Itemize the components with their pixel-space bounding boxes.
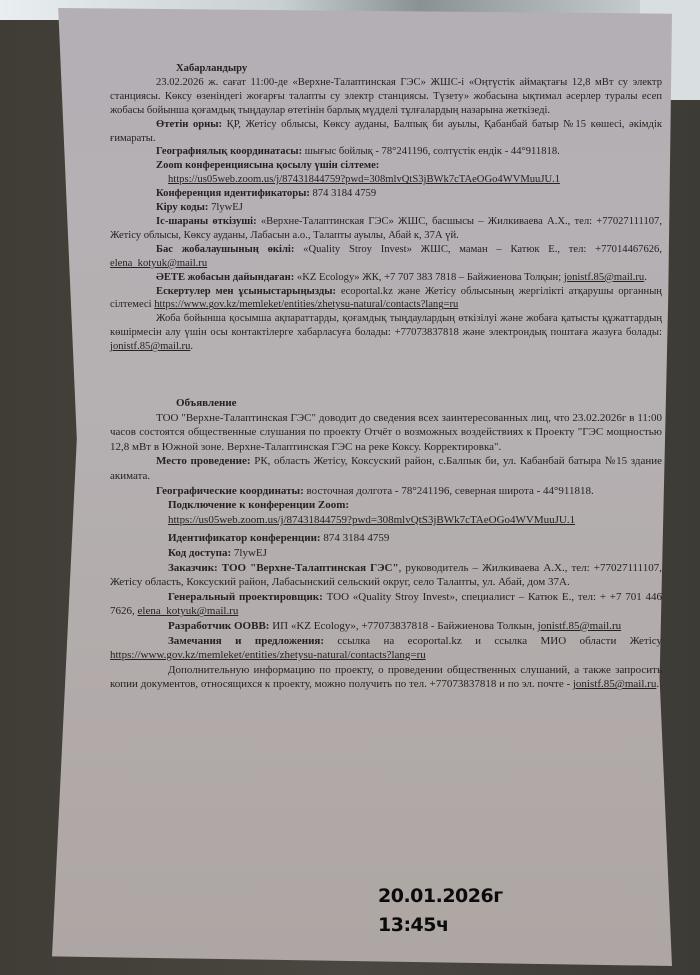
ru-extra-end: . bbox=[656, 678, 659, 690]
ru-intro: ТОО "Верхне-Талаптинская ГЭС" доводит до… bbox=[110, 411, 662, 455]
timestamp-date: 20.01.2026г bbox=[378, 882, 503, 911]
kz-oete-value: «KZ Ecology» ЖК, +7 707 383 7818 – Байжи… bbox=[294, 272, 564, 283]
kz-remarks-link[interactable]: https://www.gov.kz/memleket/entities/zhe… bbox=[154, 299, 458, 310]
ru-extra-email[interactable]: jonistf.85@mail.ru bbox=[573, 678, 656, 690]
kz-designer-value: «Quality Stroy Invest» ЖШС, маман – Катю… bbox=[294, 244, 662, 255]
kz-designer-label: Бас жобалаушының өкілі: bbox=[156, 244, 294, 255]
kz-code-value: 7lywEJ bbox=[208, 202, 242, 213]
ru-remarks-label: Замечания и предложения: bbox=[168, 635, 324, 647]
kz-extra-email[interactable]: jonistf.85@mail.ru bbox=[110, 341, 190, 352]
kz-intro: 23.02.2026 ж. сағат 11:00-де «Верхне-Тал… bbox=[110, 76, 662, 118]
kz-coords-value: шығыс бойлық - 78°241196, солтүстік енді… bbox=[302, 146, 560, 157]
announcement-document: Хабарландыру 23.02.2026 ж. сағат 11:00-д… bbox=[110, 62, 662, 692]
ru-customer-label: Заказчик: bbox=[168, 562, 218, 574]
kz-place-label: Өтетін орны: bbox=[156, 119, 222, 130]
kz-zoom-link[interactable]: https://us05web.zoom.us/j/87431844759?pw… bbox=[168, 174, 560, 185]
kz-coords-label: Географиялық координатасы: bbox=[156, 146, 302, 157]
ru-designer-email[interactable]: elena_kotyuk@mail.ru bbox=[138, 605, 239, 617]
kz-oete-email[interactable]: jonistf.85@mail.ru bbox=[564, 272, 644, 283]
ru-code-value: 7lywEJ bbox=[231, 547, 267, 559]
ru-designer-label: Генеральный проектировщик: bbox=[168, 591, 323, 603]
ru-customer-name: ТОО "Верхне-Талаптинская ГЭС" bbox=[218, 562, 399, 574]
kz-designer-email[interactable]: elena_kotyuk@mail.ru bbox=[110, 258, 207, 269]
russian-announcement: Объявление ТОО "Верхне-Талаптинская ГЭС"… bbox=[110, 396, 662, 692]
ru-conf-id-value: 874 3184 4759 bbox=[321, 532, 390, 544]
ru-remarks-link[interactable]: https://www.gov.kz/memleket/entities/zhe… bbox=[110, 649, 426, 661]
photo-timestamp: 20.01.2026г 13:45ч bbox=[378, 882, 503, 940]
ru-coords-value: восточная долгота - 78°241196, северная … bbox=[304, 485, 594, 497]
timestamp-time: 13:45ч bbox=[378, 911, 503, 940]
ru-oovv-value: ИП «KZ Ecology», +77073837818 - Байжиено… bbox=[269, 620, 537, 632]
ru-oovv-label: Разработчик ООВВ: bbox=[168, 620, 269, 632]
kz-extra: Жоба бойынша қосымша ақпараттарды, қоғам… bbox=[110, 313, 662, 338]
ru-zoom-label: Подключение к конференции Zoom: bbox=[168, 499, 349, 511]
kz-oete-label: ӘЕТЕ жобасын дайындаған: bbox=[156, 272, 294, 283]
ru-place-label: Место проведение: bbox=[156, 455, 251, 467]
ru-oovv-email[interactable]: jonistf.85@mail.ru bbox=[538, 620, 621, 632]
kazakh-announcement: Хабарландыру 23.02.2026 ж. сағат 11:00-д… bbox=[110, 62, 662, 354]
kz-zoom-label: Zoom конференциясына қосылу үшін сілтеме… bbox=[156, 160, 379, 171]
kz-title: Хабарландыру bbox=[176, 62, 662, 76]
ru-coords-label: Географические координаты: bbox=[156, 485, 304, 497]
ru-code-label: Код доступа: bbox=[168, 547, 231, 559]
kz-organizer-label: Іс-шараны өткізуші: bbox=[156, 216, 257, 227]
ru-remarks-value: ссылка на ecoportal.kz и ссылка МИО обла… bbox=[324, 635, 662, 647]
ru-title: Объявление bbox=[176, 396, 662, 411]
ru-conf-id-label: Идентификатор конференции: bbox=[168, 532, 321, 544]
kz-code-label: Кіру коды: bbox=[156, 202, 208, 213]
kz-conf-id-label: Конференция идентификаторы: bbox=[156, 188, 310, 199]
kz-conf-id-value: 874 3184 4759 bbox=[310, 188, 376, 199]
kz-remarks-label: Ескертулер мен ұсыныстарыңызды: bbox=[156, 286, 336, 297]
ru-zoom-link[interactable]: https://us05web.zoom.us/j/87431844759?pw… bbox=[168, 514, 575, 526]
